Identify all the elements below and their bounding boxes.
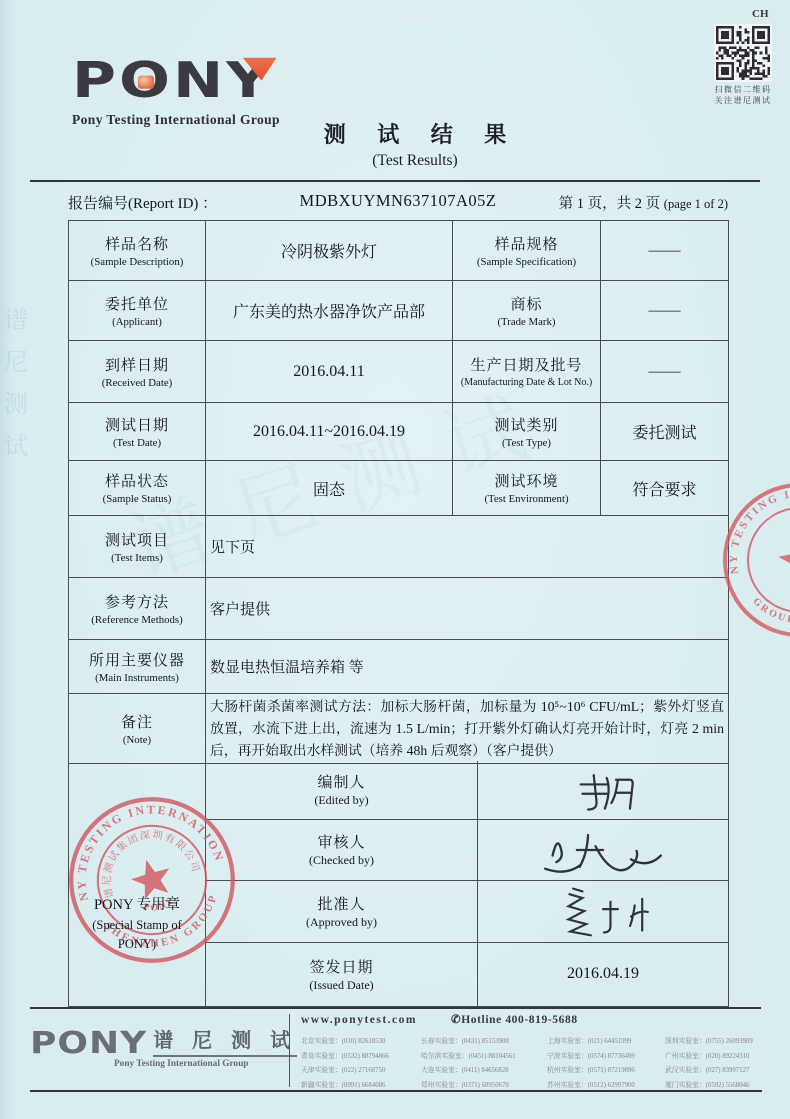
special-stamp-text: PONY 专用章 (Special Stamp of PONY) — [73, 813, 201, 954]
applicant-label: 委托单位(Applicant) — [69, 281, 206, 341]
handwritten-signature-icon — [563, 764, 643, 816]
table-row: 到样日期(Received Date) 2016.04.11 生产日期及批号(M… — [69, 341, 729, 403]
page-indicator-cn: 第 1 页，共 2 页 — [559, 196, 661, 212]
trademark-label: 商标(Trade Mark) — [453, 281, 601, 341]
trademark-value: —— — [601, 281, 729, 341]
title-english: (Test Results) — [300, 152, 530, 170]
sample-status-value: 固态 — [206, 461, 453, 516]
lab-entry: 新疆实验室：(0991) 6684086 — [301, 1079, 417, 1089]
table-row: 备注(Note) 大肠杆菌杀菌率测试方法：加标大肠杆菌，加标量为 10⁵~10⁶… — [69, 694, 729, 764]
sample-specification-value: —— — [601, 221, 729, 281]
main-instruments-value: 数显电热恒温培养箱 等 — [206, 640, 729, 694]
sample-description-value: 冷阴极紫外灯 — [206, 221, 453, 281]
logo-letter-o: O — [119, 56, 173, 105]
page-indicator-en: (page 1 of 2) — [664, 197, 728, 211]
page-indicator: 第 1 页，共 2 页 (page 1 of 2) — [559, 192, 728, 213]
lab-entry: 宁波实验室：(0574) 87736499 — [547, 1050, 661, 1060]
qr-code-icon — [714, 24, 772, 82]
footer-contact-block: www.ponytest.com ✆Hotline 400-819-5688 北… — [301, 1012, 787, 1089]
test-type-label: 测试类别(Test Type) — [453, 403, 601, 461]
lab-entry: 大连实验室：(0411) 84656828 — [421, 1064, 543, 1074]
table-row: 所用主要仪器(Main Instruments) 数显电热恒温培养箱 等 — [69, 640, 729, 694]
footer-logo-chinese: 谱 尼 测 试 — [153, 1024, 297, 1057]
test-type-value: 委托测试 — [601, 403, 729, 461]
lab-entry: 长春实验室：(0431) 85153908 — [421, 1035, 543, 1045]
reference-methods-value: 客户提供 — [206, 578, 729, 640]
received-date-label: 到样日期(Received Date) — [69, 341, 206, 403]
manufacturing-date-value: —— — [601, 341, 729, 403]
website-link: www.ponytest.com — [301, 1014, 417, 1026]
edited-by-signature — [478, 761, 729, 819]
sample-specification-label: 样品规格(Sample Specification) — [453, 221, 601, 281]
sample-info-table: 样品名称(Sample Description) 冷阴极紫外灯 样品规格(Sam… — [68, 220, 729, 764]
report-id-value: MDBXUYMN637107A05Z — [253, 191, 543, 211]
logo-orange-square — [138, 76, 154, 89]
stamp-text-en1: (Special Stamp of — [73, 916, 201, 935]
test-environment-label: 测试环境(Test Environment) — [453, 461, 601, 516]
stamp-text-en2: PONY) — [73, 935, 201, 954]
lab-entry: 厦门实验室：(0592) 5568046 — [665, 1079, 790, 1089]
table-row: 测试日期(Test Date) 2016.04.11~2016.04.19 测试… — [69, 403, 729, 461]
sample-description-label: 样品名称(Sample Description) — [69, 221, 206, 281]
lab-entry: 哈尔滨实验室：(0451) 88104561 — [421, 1050, 543, 1060]
reference-methods-label: 参考方法(Reference Methods) — [69, 578, 206, 640]
report-id-label: 报告编号(Report ID) ： — [68, 192, 217, 213]
signature-table: PONY TESTING INTERNATIONAL SHENZHEN GROU… — [68, 761, 729, 1007]
header-divider — [30, 180, 760, 182]
qr-caption-line1: 扫微信二维码 — [711, 85, 775, 96]
logo-letter-n: N — [173, 52, 226, 109]
qr-caption: 扫微信二维码 关注谱尼测试 — [711, 85, 775, 107]
table-row: 委托单位(Applicant) 广东美的热水器净饮产品部 商标(Trade Ma… — [69, 281, 729, 341]
pony-logo: PONY Pony Testing International Group — [72, 56, 280, 128]
lab-entry: 广州实验室：(020) 89224310 — [665, 1050, 790, 1060]
document-title: 测 试 结 果 (Test Results) — [300, 118, 530, 170]
lab-entry: 北京实验室：(010) 82618530 — [301, 1035, 417, 1045]
applicant-value: 广东美的热水器净饮产品部 — [206, 281, 453, 341]
lab-entry: 郑州实验室：(0371) 68950670 — [421, 1079, 543, 1089]
special-stamp-cell: PONY TESTING INTERNATIONAL SHENZHEN GROU… — [69, 761, 206, 1006]
lab-entry: 武汉实验室：(027) 83997127 — [665, 1064, 790, 1074]
handwritten-signature-icon — [543, 883, 663, 939]
checked-by-signature — [478, 819, 729, 880]
table-row: 样品名称(Sample Description) 冷阴极紫外灯 样品规格(Sam… — [69, 221, 729, 281]
left-edge-watermark: 谱 尼 测 试 — [2, 300, 30, 468]
lab-entry: 青岛实验室：(0532) 88794866 — [301, 1050, 417, 1060]
footer-logo-english: Pony Testing International Group — [114, 1059, 285, 1069]
table-row: 参考方法(Reference Methods) 客户提供 — [69, 578, 729, 640]
footer-bottom-divider — [30, 1090, 762, 1092]
footer-vertical-divider — [289, 1014, 290, 1087]
corner-mark: CH — [752, 8, 769, 20]
note-value: 大肠杆菌杀菌率测试方法：加标大肠杆菌，加标量为 10⁵~10⁶ CFU/mL；紫… — [206, 694, 729, 764]
wechat-qr-block: 扫微信二维码 关注谱尼测试 — [711, 24, 775, 107]
stamp-text-cn: PONY 专用章 — [73, 895, 201, 917]
test-items-label: 测试项目(Test Items) — [69, 516, 206, 578]
handwritten-signature-icon — [533, 822, 673, 878]
edge-partial-stamp-icon: PONY TESTING INTERNATIONAL GROUP SHENZHE… — [700, 470, 790, 660]
logo-subtitle: Pony Testing International Group — [72, 112, 280, 128]
lab-entry: 深圳实验室：(0755) 26093909 — [665, 1035, 790, 1045]
note-label: 备注(Note) — [69, 694, 206, 764]
main-instruments-label: 所用主要仪器(Main Instruments) — [69, 640, 206, 694]
footer-logo: PONY 谱 尼 测 试 Pony Testing International … — [30, 1024, 285, 1069]
table-row: 测试项目(Test Items) 见下页 — [69, 516, 729, 578]
title-chinese: 测 试 结 果 — [300, 118, 530, 149]
approved-by-signature — [478, 880, 729, 942]
logo-letter-p: P — [72, 52, 119, 109]
logo-letter-y: Y — [226, 56, 272, 105]
table-row: 样品状态(Sample Status) 固态 测试环境(Test Environ… — [69, 461, 729, 516]
report-id-line: 报告编号(Report ID) ： MDBXUYMN637107A05Z 第 1… — [68, 192, 728, 214]
test-date-label: 测试日期(Test Date) — [69, 403, 206, 461]
test-items-value: 见下页 — [206, 516, 729, 578]
table-row: PONY TESTING INTERNATIONAL SHENZHEN GROU… — [69, 761, 729, 819]
lab-entry: 上海实验室：(021) 64451999 — [547, 1035, 661, 1045]
issued-date-value: 2016.04.19 — [478, 942, 729, 1006]
svg-text:PONY TESTING INTERNATIONAL: PONY TESTING INTERNATIONAL — [716, 476, 790, 575]
footer-logo-word: PONY — [30, 1029, 147, 1057]
test-report-page: 谱 尼 测 试 谱尼测试 PONY Pony Testing Internati… — [0, 0, 790, 1119]
lab-entry: 苏州实验室：(0512) 62997900 — [547, 1079, 661, 1089]
manufacturing-date-label: 生产日期及批号(Manufacturing Date & Lot No.) — [453, 341, 601, 403]
test-date-value: 2016.04.11~2016.04.19 — [206, 403, 453, 461]
lab-entry: 杭州实验室：(0571) 87219896 — [547, 1064, 661, 1074]
lab-phone-grid: 北京实验室：(010) 82618530 长春实验室：(0431) 851539… — [301, 1035, 787, 1089]
hotline-number: ✆Hotline 400-819-5688 — [451, 1012, 578, 1026]
received-date-value: 2016.04.11 — [206, 341, 453, 403]
pony-logo-word: PONY — [72, 56, 273, 105]
lab-entry: 天津实验室：(022) 27168750 — [301, 1064, 417, 1074]
qr-caption-line2: 关注谱尼测试 — [711, 96, 775, 107]
footer-top-divider — [30, 1007, 761, 1009]
sample-status-label: 样品状态(Sample Status) — [69, 461, 206, 516]
